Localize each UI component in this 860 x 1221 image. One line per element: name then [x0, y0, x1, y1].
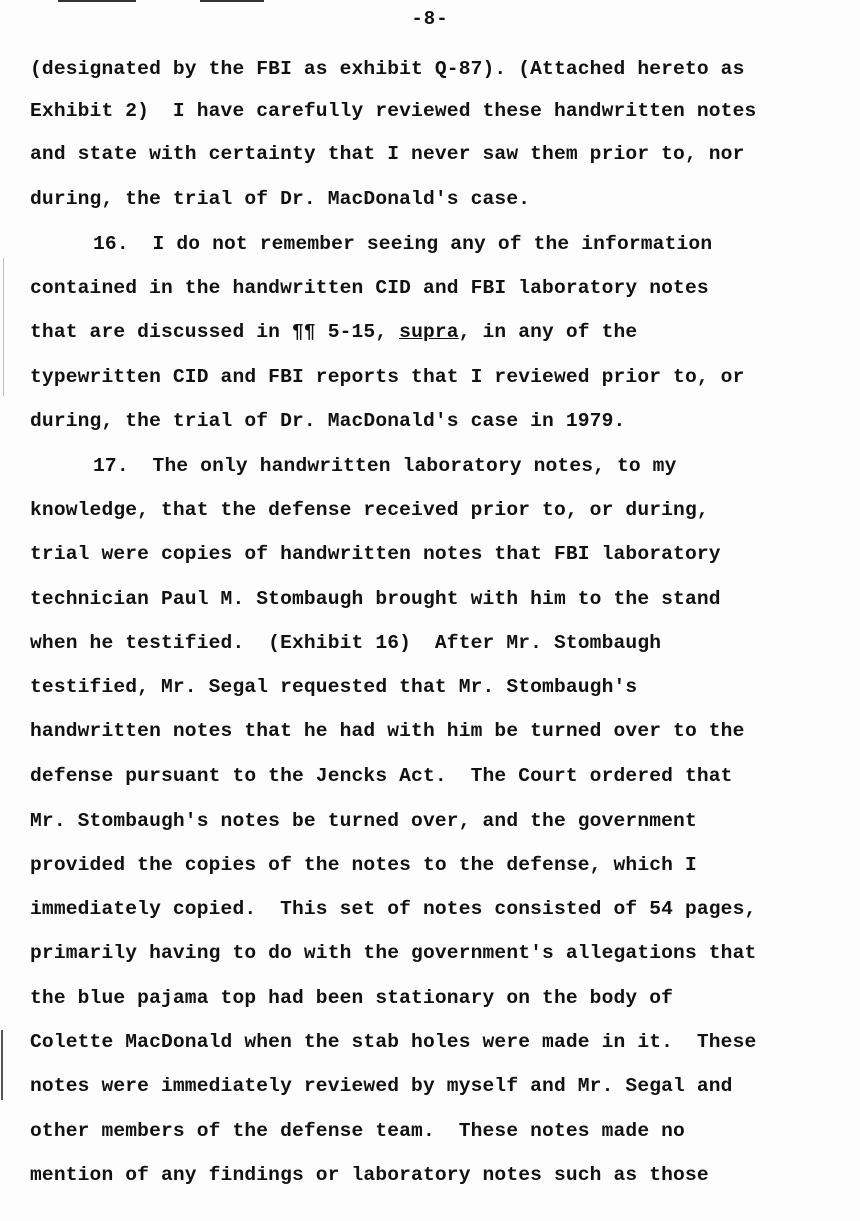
text-line: provided the copies of the notes to the …	[30, 853, 697, 877]
text-line: primarily having to do with the governme…	[30, 941, 756, 965]
supra-citation: supra	[399, 321, 459, 343]
scan-mark	[200, 0, 264, 2]
text-line: Exhibit 2) I have carefully reviewed the…	[30, 99, 756, 123]
text-line: during, the trial of Dr. MacDonald's cas…	[30, 409, 625, 433]
text-line: that are discussed in ¶¶ 5-15, supra, in…	[30, 320, 637, 344]
text-line: typewritten CID and FBI reports that I r…	[30, 365, 745, 389]
text-segment: , in any of the	[459, 321, 638, 343]
text-line: defense pursuant to the Jencks Act. The …	[30, 764, 733, 788]
text-line: mention of any findings or laboratory no…	[30, 1163, 709, 1187]
text-line: contained in the handwritten CID and FBI…	[30, 276, 709, 300]
text-line: during, the trial of Dr. MacDonald's cas…	[30, 187, 530, 211]
text-line: the blue pajama top had been stationary …	[30, 986, 673, 1010]
scan-edge-artifact	[3, 258, 4, 396]
text-line: immediately copied. This set of notes co…	[30, 897, 756, 921]
text-segment: that are discussed in ¶¶ 5-15,	[30, 321, 399, 343]
text-line: other members of the defense team. These…	[30, 1119, 685, 1143]
text-line: Colette MacDonald when the stab holes we…	[30, 1030, 756, 1054]
text-line: Mr. Stombaugh's notes be turned over, an…	[30, 809, 697, 833]
paragraph-16-start: 16. I do not remember seeing any of the …	[93, 232, 712, 256]
text-line: trial were copies of handwritten notes t…	[30, 542, 721, 566]
text-line: notes were immediately reviewed by mysel…	[30, 1074, 733, 1098]
text-line: handwritten notes that he had with him b…	[30, 719, 745, 743]
page-number: -8-	[0, 8, 860, 30]
text-line: technician Paul M. Stombaugh brought wit…	[30, 587, 721, 611]
scan-mark	[58, 0, 136, 2]
scan-edge-artifact	[1, 1030, 3, 1100]
text-line: testified, Mr. Segal requested that Mr. …	[30, 675, 637, 699]
text-line: (designated by the FBI as exhibit Q-87).…	[30, 57, 745, 81]
paragraph-17-start: 17. The only handwritten laboratory note…	[93, 454, 677, 478]
text-line: knowledge, that the defense received pri…	[30, 498, 709, 522]
text-line: and state with certainty that I never sa…	[30, 142, 745, 166]
text-line: when he testified. (Exhibit 16) After Mr…	[30, 631, 661, 655]
